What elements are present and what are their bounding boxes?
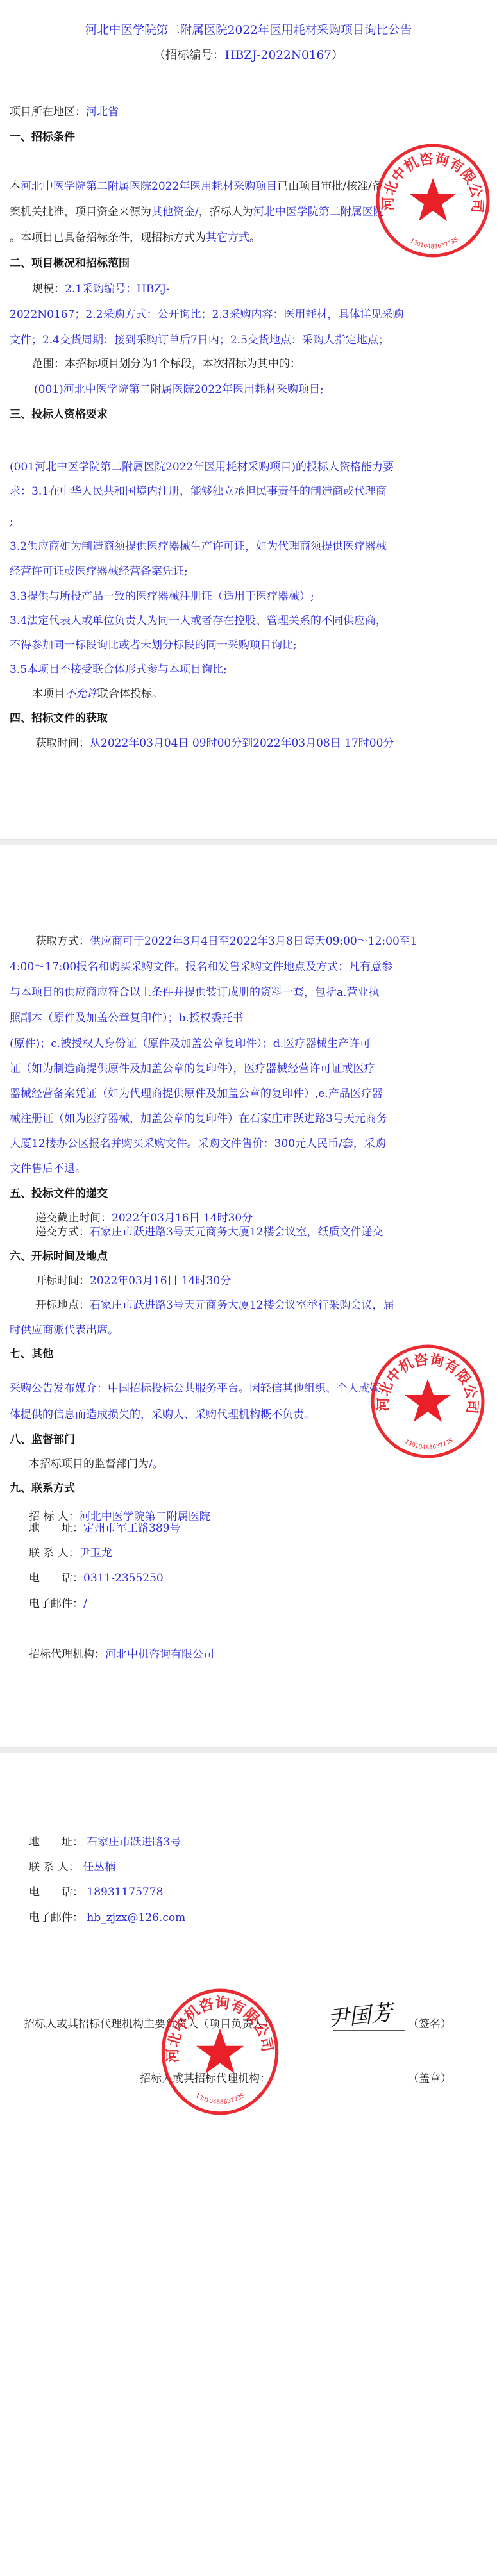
obtain-time-value: 从2022年03月04日 09时00分到2022年03月08日 17时00分 xyxy=(90,737,394,750)
joint-bid-line: 本项目不允许联合体投标。 xyxy=(32,687,163,701)
section-heading-5: 五、投标文件的递交 xyxy=(10,1187,108,1201)
svg-text:1301048863773S: 1301048863773S xyxy=(409,236,459,251)
stamp-line: 招标人或其招标代理机构： xyxy=(140,2072,271,2086)
scale-label: 规模： xyxy=(32,283,65,295)
obtain-time-label: 获取时间： xyxy=(35,737,90,750)
scale-line-2: 2022N0167；2.2采购方式：公开询比；2.3采购内容：医用耗材，具体详见… xyxy=(10,308,403,322)
text: 本招标项目的监督部门为 xyxy=(29,1458,149,1471)
text: 。 xyxy=(249,231,260,244)
label: 开标时间： xyxy=(35,1275,90,1287)
page-separator-2 xyxy=(0,1747,497,1753)
label: 递交截止时间： xyxy=(35,1212,112,1225)
section-heading-7: 七、其他 xyxy=(10,1347,53,1361)
document-title: 河北中医学院第二附属医院2022年医用耗材采购项目询比公告 xyxy=(0,21,497,38)
condition-line-2: 案机关批准，项目资金来源为其他资金/，招标人为河北中医学院第二附属医院 xyxy=(10,205,384,219)
tender-method: 其它方式 xyxy=(206,231,249,244)
obtain-method-line-7: 器械经营备案凭证（如为代理商提供原件及加盖公章的复印件）,e.产品医疗器 xyxy=(10,1087,383,1101)
signature-line: 招标人或其招标代理机构主要负责人（项目负责人）： xyxy=(24,2017,280,2031)
text: 本项目 xyxy=(32,688,65,700)
qual-line-9: 3.5本项目不接受联合体形式参与本项目询比; xyxy=(10,663,227,677)
company-seal-icon: 河北中机咨询有限公司 1301048863773S xyxy=(370,1344,485,1459)
page-separator-1 xyxy=(0,839,497,845)
section-heading-1: 一、招标条件 xyxy=(10,130,75,144)
text: 个标段，本次招标为其中的： xyxy=(159,358,301,370)
value: 定州市军工路389号 xyxy=(83,1522,180,1535)
value: 尹卫龙 xyxy=(80,1547,112,1560)
label: 电子邮件： xyxy=(29,1911,83,1924)
obtain-method-line-5: (原件)；c.被授权人身份证（原件及加盖公章复印件）；d.医疗器械生产许可 xyxy=(10,1037,371,1051)
obtain-method-line-10: 文件售后不退。 xyxy=(10,1162,86,1176)
label: 联 系 人： xyxy=(29,1861,80,1874)
value: 18931175778 xyxy=(87,1886,163,1899)
company-seal-icon: 河北中机咨询有限公司 1301048863773S xyxy=(160,1988,280,2116)
qual-line-3: ; xyxy=(10,515,13,529)
lot-count: 1 xyxy=(152,358,159,370)
label: 地 址： xyxy=(29,1522,83,1535)
lot-item: (001)河北中医学院第二附属医院2022年医用耗材采购项目; xyxy=(34,383,324,397)
obtain-method-line-4: 照副本（原件及加盖公章复印件）；b.授权委托书 xyxy=(10,1011,244,1025)
scale-line-3: 文件；2.4交货周期：接到采购订单后7日内；2.5交货地点：采购人指定地点； xyxy=(10,333,389,347)
qual-line-5: 经营许可证或医疗器械经营备案凭证; xyxy=(10,565,188,579)
label: 联 系 人： xyxy=(29,1547,80,1560)
obtain-method-line-6: 证（如为制造商提供原件及加盖公章的复印件），医疗器械经营许可证或医疗 xyxy=(10,1062,375,1076)
stamp-suffix: （盖章） xyxy=(408,2072,451,2086)
tender-code-label: （招标编号： xyxy=(153,49,224,62)
scale-line-1: 规模：2.1采购编号：HBZJ- xyxy=(32,282,170,296)
value: 2022年03月16日 14时30分 xyxy=(90,1275,231,1287)
svg-text:1301048863773S: 1301048863773S xyxy=(194,2092,246,2106)
label: 电 话： xyxy=(29,1886,83,1899)
value: 石家庄市跃进路3号天元商务大厦12楼会议室举行采购会议，届 xyxy=(90,1299,394,1312)
tenderer-contact-row: 地 址：定州市军工路389号 xyxy=(29,1521,180,1535)
value: / xyxy=(83,1598,87,1610)
qual-line-7: 3.4法定代表人或单位负责人为同一人或者存在控股、管理关系的不同供应商， xyxy=(10,614,387,628)
qual-line-1: (001河北中医学院第二附属医院2022年医用耗材采购项目)的投标人资格能力要 xyxy=(10,460,394,474)
svg-text:1301048863773S: 1301048863773S xyxy=(403,1437,454,1451)
section-heading-6: 六、开标时间及地点 xyxy=(10,1250,108,1264)
submit-deadline: 递交截止时间：2022年03月16日 14时30分 xyxy=(35,1211,253,1225)
svg-text:河北中机咨询有限公司: 河北中机咨询有限公司 xyxy=(381,151,485,213)
text: 。本项目已具备招标条件，现招标方式为 xyxy=(10,231,206,244)
qual-line-8: 不得参加同一标段询比或者未划分标段的同一采购项目询比; xyxy=(10,638,297,652)
region-label: 项目所在地区： xyxy=(10,106,86,119)
condition-line-3: 。本项目已具备招标条件，现招标方式为其它方式。 xyxy=(10,231,260,245)
fund-source: 其他资金/ xyxy=(151,206,199,219)
text: 已由项目审批/核准/备 xyxy=(277,180,382,193)
text: 供应商可于2022年3月4日至2022年3月8日每天09:00～12:00至1 xyxy=(90,935,417,948)
text: 。 xyxy=(153,1458,164,1471)
supervision-line: 本招标项目的监督部门为/。 xyxy=(29,1457,164,1471)
section-heading-3: 三、投标人资格要求 xyxy=(10,408,108,422)
obtain-time: 获取时间：从2022年03月04日 09时00分到2022年03月08日 17时… xyxy=(35,736,394,750)
agency-contact-row: 电 话： 18931175778 xyxy=(29,1885,163,1899)
qual-line-2: 求：3.1在中华人民共和国境内注册，能够独立承担民事责任的制造商或代理商 xyxy=(10,484,387,499)
label: 电子邮件： xyxy=(29,1598,83,1610)
section-heading-2: 二、项目概况和招标范围 xyxy=(10,256,130,270)
label: 递交方式： xyxy=(35,1226,90,1239)
obtain-method-line-1: 获取方式：供应商可于2022年3月4日至2022年3月8日每天09:00～12:… xyxy=(35,934,417,948)
stamp-underline xyxy=(296,2086,405,2086)
tenderer-contact-row: 电 话：0311-2355250 xyxy=(29,1571,164,1585)
obtain-method-line-3: 与本项目的供应商应符合以上条件并提供装订成册的资料一套，包括a.营业执 xyxy=(10,986,380,1000)
label: 地 址： xyxy=(29,1836,83,1849)
label: 开标地点： xyxy=(35,1299,90,1312)
tenderer-name: 河北中医学院第二附属医院 xyxy=(253,206,384,219)
range-line: 范围：本招标项目划分为1个标段，本次招标为其中的： xyxy=(32,357,301,371)
qual-line-4: 3.2供应商如为制造商须提供医疗器械生产许可证，如为代理商须提供医疗器械 xyxy=(10,540,387,554)
scale-value: 2.1采购编号：HBZJ- xyxy=(65,283,170,295)
label: 招标代理机构： xyxy=(29,1648,105,1661)
tender-code-value: HBZJ-2022N0167 xyxy=(224,49,332,62)
tender-code: （招标编号：HBZJ-2022N0167） xyxy=(0,46,497,63)
section-heading-9: 九、联系方式 xyxy=(10,1482,75,1496)
other-line-2: 体提供的信息而造成损失的，采购人、采购代理机构概不负责。 xyxy=(10,1408,315,1422)
text: 范围：本招标项目划分为 xyxy=(32,358,152,370)
obtain-method-line-8: 械注册证（如为医疗器械，加盖公章的复印件）在石家庄市跃进路3号天元商务 xyxy=(10,1112,387,1126)
opening-place-line-2: 时供应商派代表出席。 xyxy=(10,1323,119,1337)
handwritten-signature: 尹国芳 xyxy=(326,1995,394,2033)
tenderer-contact-row: 电子邮件：/ xyxy=(29,1597,87,1611)
value: 任丛楠 xyxy=(83,1861,115,1874)
joint-bid-value: 不允许 xyxy=(65,688,97,700)
section-heading-8: 八、监督部门 xyxy=(10,1433,75,1447)
tender-code-close: ） xyxy=(332,49,344,62)
text: 联合体投标。 xyxy=(97,688,163,700)
opening-place-line-1: 开标地点：石家庄市跃进路3号天元商务大厦12楼会议室举行采购会议，届 xyxy=(35,1298,394,1312)
other-line-1: 采购公告发布媒介：中国招标投标公共服务平台。因轻信其他组织、个人或媒 xyxy=(10,1382,380,1396)
value: 石家庄市跃进路3号天元商务大厦12楼会议室，纸质文件递交 xyxy=(90,1226,383,1239)
stamp-label: 招标人或其招标代理机构： xyxy=(140,2072,271,2085)
text: 案机关批准，项目资金来源为 xyxy=(10,206,151,219)
obtain-method-line-2: 4:00～17:00报名和购买采购文件。报名和发售采购文件地点及方式：凡有意参 xyxy=(10,960,392,974)
email-value: hb_zjzx@126.com xyxy=(87,1911,185,1924)
obtain-method-label: 获取方式： xyxy=(35,935,90,948)
section-heading-4: 四、招标文件的获取 xyxy=(10,711,108,725)
opening-time: 开标时间：2022年03月16日 14时30分 xyxy=(35,1274,231,1288)
agency-contact-row: 地 址： 石家庄市跃进路3号 xyxy=(29,1835,181,1849)
agency-contact-row: 联 系 人： 任丛楠 xyxy=(29,1860,115,1874)
submit-method: 递交方式：石家庄市跃进路3号天元商务大厦12楼会议室，纸质文件递交 xyxy=(35,1225,383,1239)
agency-contact-row: 电子邮件： hb_zjzx@126.com xyxy=(29,1911,185,1925)
agency-name: 招标代理机构：河北中机咨询有限公司 xyxy=(29,1647,214,1662)
value: 石家庄市跃进路3号 xyxy=(87,1836,181,1849)
company-seal-icon: 河北中机咨询有限公司 1301048863773S xyxy=(375,143,491,258)
condition-line-1: 本河北中医学院第二附属医院2022年医用耗材采购项目已由项目审批/核准/备 xyxy=(10,179,383,194)
signature-suffix: （签名） xyxy=(408,2017,451,2031)
obtain-method-line-9: 大厦12楼办公区报名并购买采购文件。采购文件售价：300元人民币/套，采购 xyxy=(10,1137,386,1151)
text: ，招标人为 xyxy=(199,206,253,219)
tenderer-contact-row: 联 系 人：尹卫龙 xyxy=(29,1546,112,1560)
region-value: 河北省 xyxy=(86,106,119,119)
qual-line-6: 3.3提供与所投产品一致的医疗器械注册证（适用于医疗器械）; xyxy=(10,590,314,604)
signature-label: 招标人或其招标代理机构主要负责人（项目负责人）： xyxy=(24,2018,280,2031)
svg-text:河北中机咨询有限公司: 河北中机咨询有限公司 xyxy=(376,1351,480,1414)
text: 本 xyxy=(10,180,21,193)
project-name: 河北中医学院第二附属医院2022年医用耗材采购项目 xyxy=(21,180,277,193)
project-region: 项目所在地区：河北省 xyxy=(10,105,119,119)
value: 0311-2355250 xyxy=(83,1572,164,1585)
value: 河北中机咨询有限公司 xyxy=(105,1648,214,1661)
label: 电 话： xyxy=(29,1572,83,1585)
value: 2022年03月16日 14时30分 xyxy=(112,1212,253,1225)
